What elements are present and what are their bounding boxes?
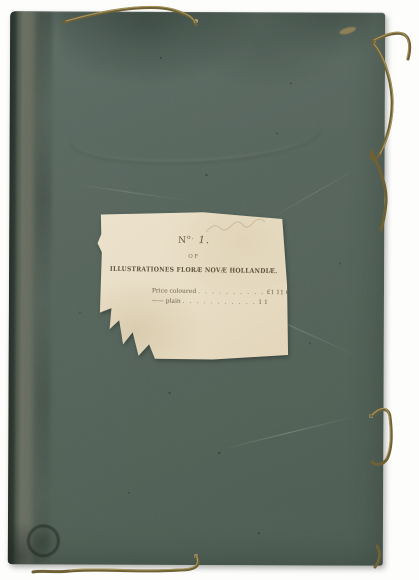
crease-line (70, 183, 189, 201)
label-prices: Price coloured . . . . . . . . . . £1 11… (152, 286, 290, 308)
label-of: OF (97, 253, 290, 262)
label-text-block: No. 1. OF ILLUSTRATIONES FLORÆ NOVÆ HOLL… (96, 209, 291, 363)
label-number: No. 1. (98, 233, 291, 248)
title-label: No. 1. OF ILLUSTRATIONES FLORÆ NOVÆ HOLL… (97, 210, 290, 361)
label-title: ILLUSTRATIONES FLORÆ NOVÆ HOLLANDIÆ. (107, 265, 281, 275)
stamp-mark (27, 524, 60, 557)
photo-canvas: No. 1. OF ILLUSTRATIONES FLORÆ NOVÆ HOLL… (0, 0, 419, 580)
price-line-plain: —— plain . . . . . . . . . . . 1 1 (152, 296, 290, 308)
spine-stain-streak (34, 11, 52, 564)
dirt-specks (10, 11, 12, 13)
crease-line (220, 416, 356, 450)
label-paper: No. 1. OF ILLUSTRATIONES FLORÆ NOVÆ HOLL… (97, 210, 290, 361)
